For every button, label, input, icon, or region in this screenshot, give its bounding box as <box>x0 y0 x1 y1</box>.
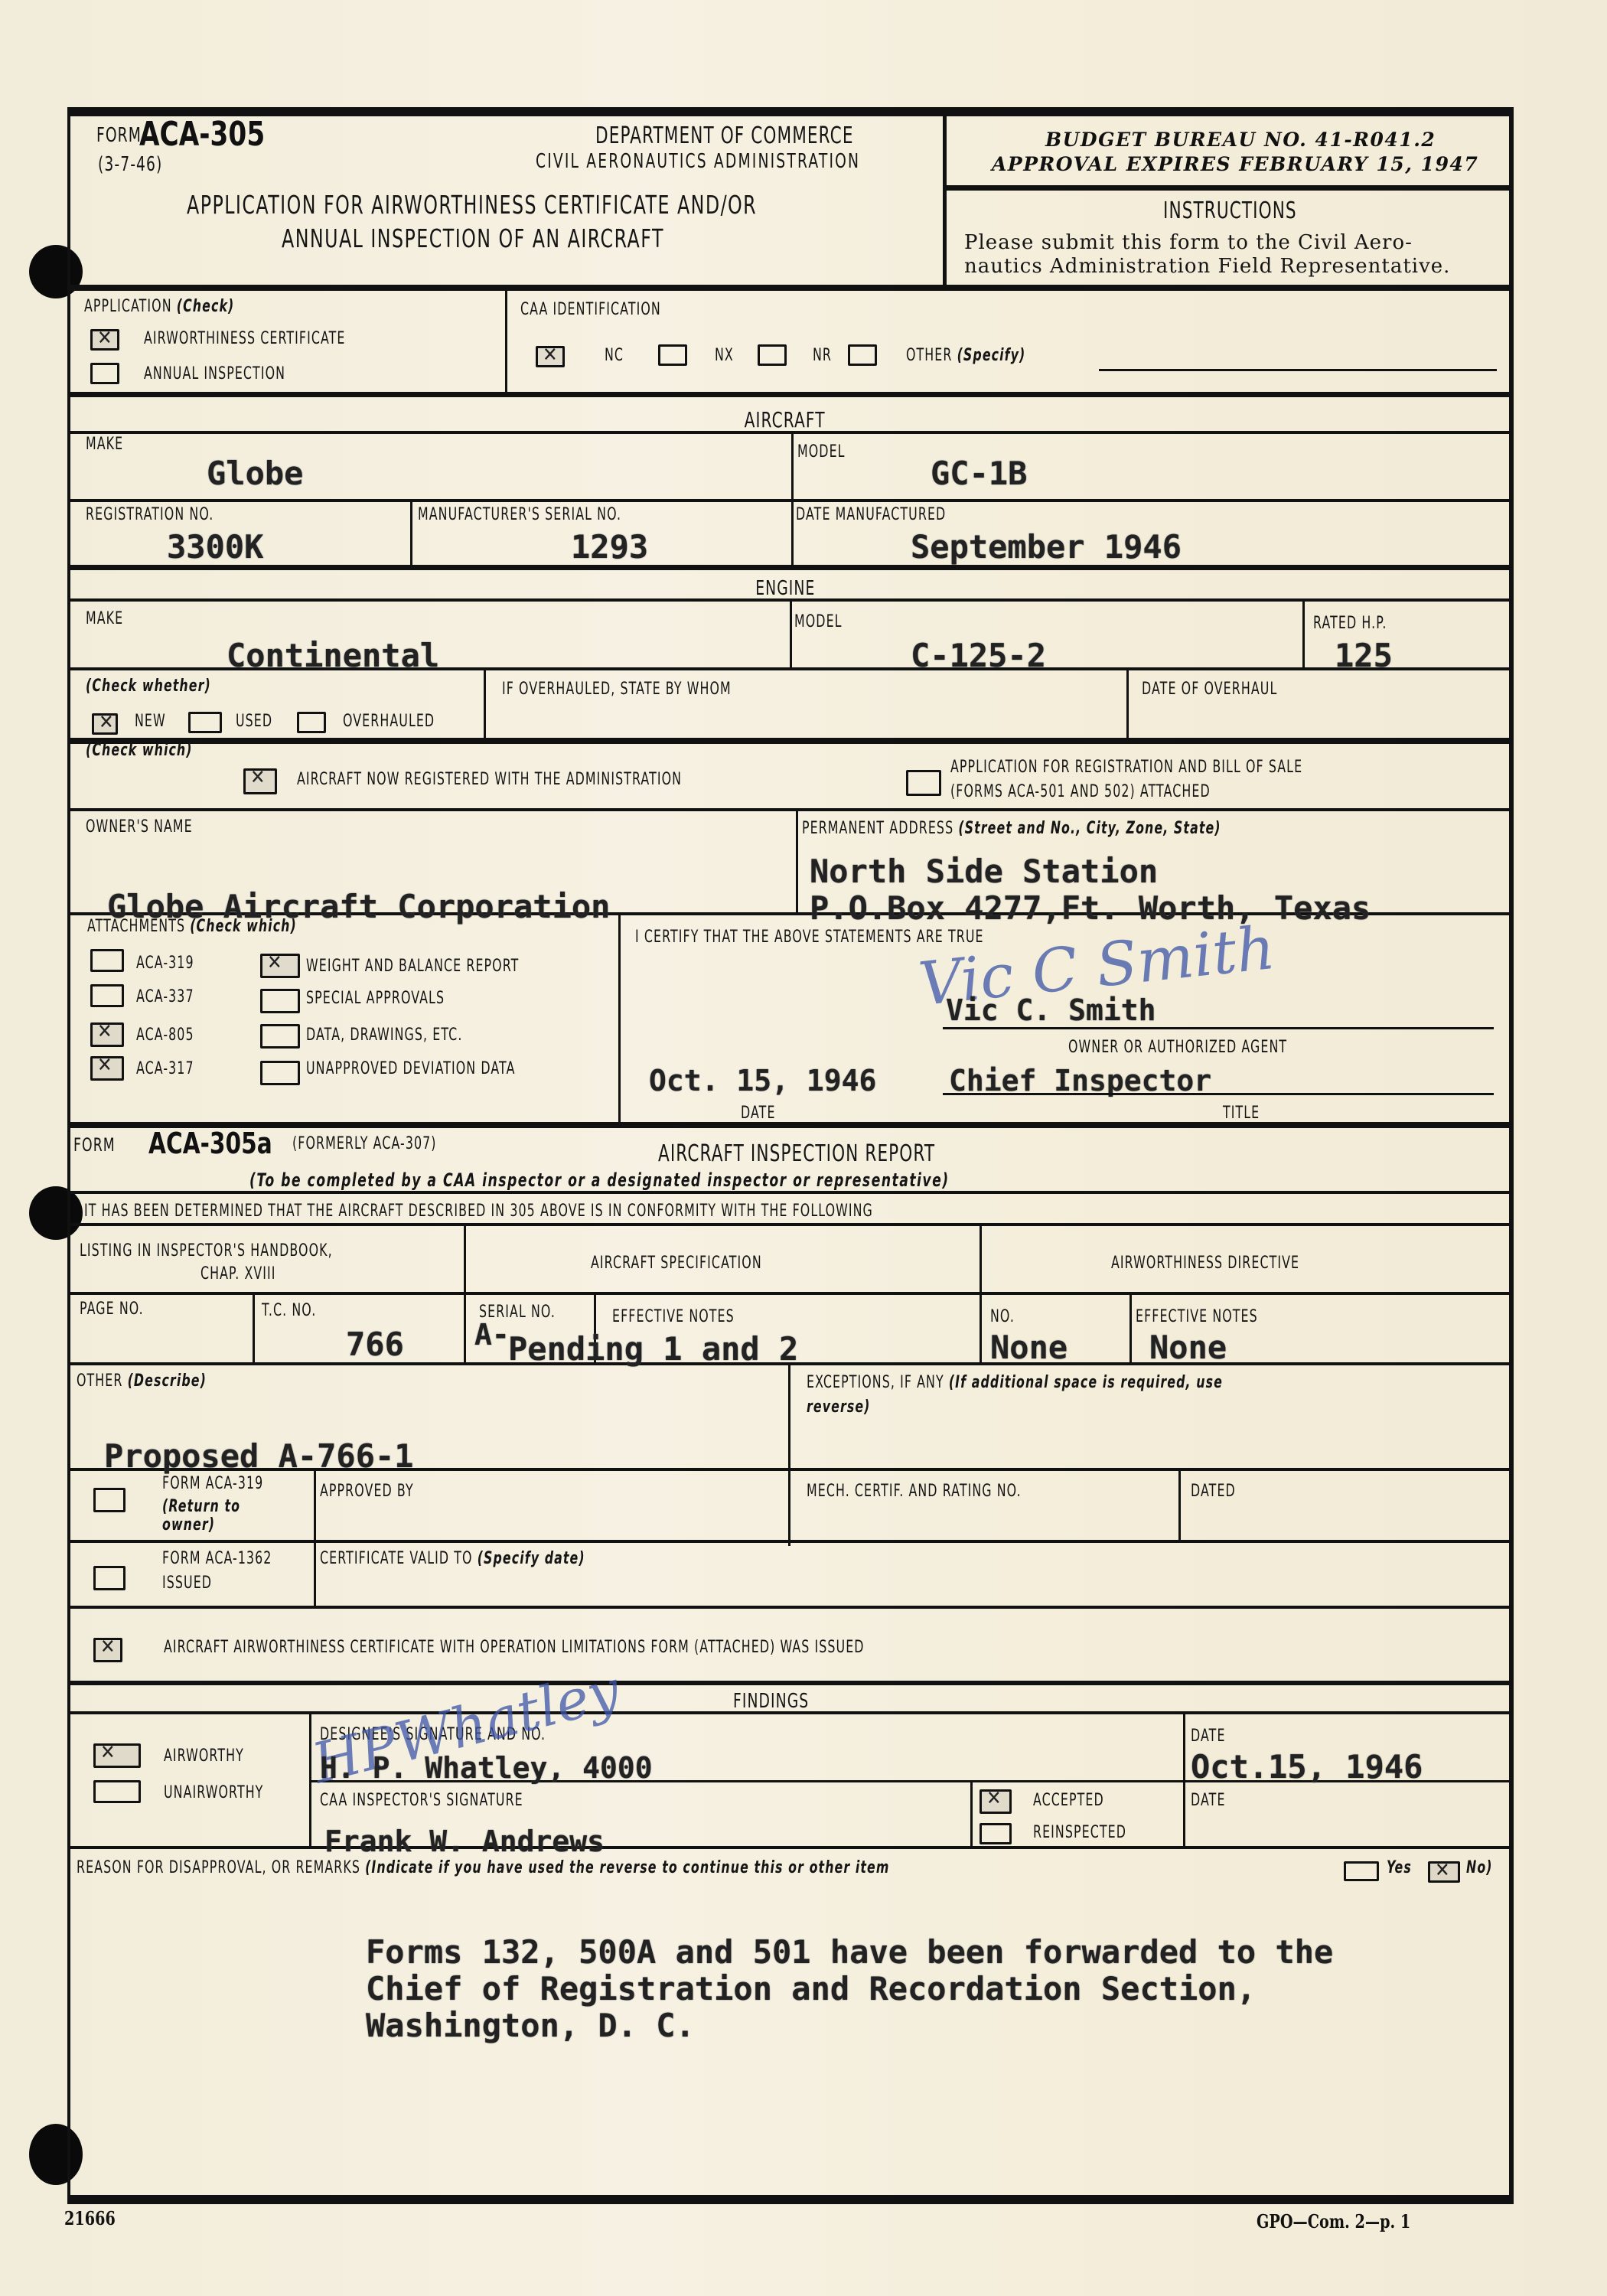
valid-to-hint: (Specify date) <box>478 1549 585 1568</box>
engine-model-label: MODEL <box>794 612 843 631</box>
valid-to-label: CERTIFICATE VALID TO (Specify date) <box>320 1549 585 1568</box>
spec-notes-label: EFFECTIVE NOTES <box>612 1307 735 1326</box>
rated-hp[interactable]: 125 <box>1335 637 1393 674</box>
form-aca-319-hint: (Return to <box>162 1497 240 1516</box>
checkbox-special-approvals[interactable] <box>260 989 300 1013</box>
divider <box>505 289 507 393</box>
accepted-label: ACCEPTED <box>1033 1791 1104 1810</box>
inspection-form-number: ACA-305a <box>148 1127 272 1160</box>
checkbox-nc[interactable] <box>536 346 565 367</box>
budget-bureau-number: BUDGET BUREAU NO. 41-R041.2 <box>1045 129 1436 151</box>
checkbox-certificate-issued[interactable] <box>93 1638 122 1662</box>
address-label-text: PERMANENT ADDRESS <box>802 819 953 838</box>
instructions-line1: Please submit this form to the Civil Aer… <box>964 231 1413 254</box>
form-title-line2: ANNUAL INSPECTION OF AN AIRCRAFT <box>282 223 664 253</box>
divider <box>970 1782 973 1848</box>
divider <box>67 1681 1514 1685</box>
inspection-report-title: AIRCRAFT INSPECTION REPORT <box>658 1140 935 1167</box>
handbook-label-line2: CHAP. XVIII <box>200 1264 276 1283</box>
other-label-text: OTHER <box>77 1371 122 1391</box>
checkbox-unairworthy[interactable] <box>93 1780 141 1803</box>
attachment-unapproved-deviation: UNAPPROVED DEVIATION DATA <box>306 1059 515 1078</box>
option-nc: NC <box>605 346 624 365</box>
aircraft-model-label: MODEL <box>797 442 846 461</box>
option-annual-inspection: ANNUAL INSPECTION <box>144 364 285 383</box>
inspector-date-label: DATE <box>1191 1791 1226 1810</box>
checkbox-airworthiness-certificate[interactable] <box>90 329 119 351</box>
checkbox-aircraft-registered[interactable] <box>243 768 277 794</box>
serial-no[interactable]: A- <box>474 1318 510 1352</box>
checkbox-weight-balance[interactable] <box>260 954 300 978</box>
reverse-no-label: No) <box>1466 1858 1493 1877</box>
approved-by-label: APPROVED BY <box>320 1482 414 1501</box>
footer-form-code: 21666 <box>64 2207 116 2229</box>
divider <box>1126 669 1129 741</box>
exceptions-hint-2: reverse) <box>807 1397 870 1417</box>
inspection-subtitle-text: (To be completed by a CAA inspector or a… <box>249 1169 950 1191</box>
form-number: ACA-305 <box>139 115 265 154</box>
owner-name-label: OWNER'S NAME <box>86 817 193 837</box>
remarks-label: REASON FOR DISAPPROVAL, OR REMARKS (Indi… <box>77 1858 889 1877</box>
checkbox-reverse-yes[interactable] <box>1344 1861 1379 1881</box>
attachment-data-drawings: DATA, DRAWINGS, ETC. <box>306 1026 462 1045</box>
manufacturer-serial[interactable]: 1293 <box>571 528 648 566</box>
divider <box>943 113 947 288</box>
engine-make-label: MAKE <box>86 609 123 628</box>
overhaul-date-label: DATE OF OVERHAUL <box>1142 680 1277 699</box>
divider <box>67 808 1514 811</box>
attachment-aca-337: ACA-337 <box>136 987 194 1006</box>
spec-notes[interactable]: Pending 1 and 2 <box>508 1330 798 1368</box>
valid-to-label-text: CERTIFICATE VALID TO <box>320 1549 473 1568</box>
divider <box>796 810 798 914</box>
ad-notes[interactable]: None <box>1149 1329 1227 1366</box>
agent-label: OWNER OR AUTHORIZED AGENT <box>1068 1038 1287 1057</box>
inspector-label: CAA INSPECTOR'S SIGNATURE <box>320 1791 523 1810</box>
attachments-hint: (Check which) <box>190 917 297 936</box>
checkbox-form-aca-319[interactable] <box>93 1488 125 1512</box>
divider <box>67 392 1514 397</box>
checkbox-registration-application[interactable] <box>906 770 941 796</box>
serial-label: MANUFACTURER'S SERIAL NO. <box>418 505 621 524</box>
inspection-form-label: FORM <box>73 1134 116 1156</box>
date-label: DATE <box>741 1104 776 1123</box>
engine-check-label: (Check whether) <box>86 677 211 696</box>
ad-notes-label: EFFECTIVE NOTES <box>1136 1307 1258 1326</box>
department: DEPARTMENT OF COMMERCE <box>595 122 854 149</box>
remarks-label-text: REASON FOR DISAPPROVAL, OR REMARKS <box>77 1858 360 1877</box>
option-engine-new: NEW <box>135 712 166 731</box>
form-title-line1: APPLICATION FOR AIRWORTHINESS CERTIFICAT… <box>187 190 757 220</box>
tc-no-label: T.C. NO. <box>262 1301 316 1320</box>
checkbox-engine-new[interactable] <box>92 713 118 735</box>
checkbox-nx[interactable] <box>658 344 687 366</box>
registration-number[interactable]: 3300K <box>167 528 263 566</box>
engine-model[interactable]: C-125-2 <box>911 637 1046 674</box>
form-aca-1362-line2: ISSUED <box>162 1574 212 1593</box>
attachment-aca-805: ACA-805 <box>136 1026 194 1045</box>
divider <box>253 1293 255 1365</box>
option-engine-overhauled: OVERHAULED <box>343 712 435 731</box>
option-airworthiness-certificate: AIRWORTHINESS CERTIFICATE <box>144 329 346 348</box>
divider <box>67 1540 1514 1543</box>
application-hint: (Check) <box>177 297 235 316</box>
attachment-special-approvals: SPECIAL APPROVALS <box>306 989 445 1008</box>
handbook-label-line1: LISTING IN INSPECTOR'S HANDBOOK, <box>80 1241 333 1261</box>
designee-date[interactable]: Oct.15, 1946 <box>1191 1748 1423 1786</box>
form-label: FORM <box>96 124 142 147</box>
dated-label: DATED <box>1191 1482 1236 1501</box>
designee-name[interactable]: H. P. Whatley, 4000 <box>320 1751 653 1785</box>
address-label: PERMANENT ADDRESS (Street and No., City,… <box>802 819 1221 838</box>
form-aca-319-hint-2: owner) <box>162 1515 215 1534</box>
registration-label: REGISTRATION NO. <box>86 505 214 524</box>
divider <box>67 285 1514 291</box>
instructions-title: INSTRUCTIONS <box>1163 197 1297 224</box>
attachments-label-text: ATTACHMENTS <box>87 917 185 936</box>
divider <box>67 1191 1514 1194</box>
divider <box>980 1225 982 1365</box>
divider <box>67 1292 1514 1295</box>
certificate-issued-label: AIRCRAFT AIRWORTHINESS CERTIFICATE WITH … <box>164 1638 865 1657</box>
ad-no[interactable]: None <box>990 1329 1068 1366</box>
option-registration-application-line1: APPLICATION FOR REGISTRATION AND BILL OF… <box>950 758 1302 777</box>
reverse-no-text: No) <box>1466 1858 1493 1877</box>
address-line2[interactable]: P.O.Box 4277,Ft. Worth, Texas <box>810 889 1371 927</box>
divider <box>1178 1469 1181 1541</box>
unairworthy-label: UNAIRWORTHY <box>164 1783 263 1802</box>
overhauled-by-label: IF OVERHAULED, STATE BY WHOM <box>502 680 732 699</box>
instructions-line2: nautics Administration Field Representat… <box>964 255 1450 278</box>
remarks-line2[interactable]: Chief of Registration and Recordation Se… <box>366 1970 1256 2008</box>
checkbox-aca-317[interactable] <box>90 1056 124 1081</box>
divider <box>67 1606 1514 1609</box>
checkbox-engine-overhauled[interactable] <box>297 712 326 733</box>
agent-name[interactable]: Vic C. Smith <box>946 993 1156 1027</box>
divider <box>67 738 1514 744</box>
option-registration-application-line2: (FORMS ACA-501 AND 502) ATTACHED <box>950 782 1211 801</box>
airworthiness-directive-label: AIRWORTHINESS DIRECTIVE <box>1111 1254 1299 1273</box>
exceptions-hint-line2: reverse) <box>807 1397 870 1417</box>
exceptions-label: EXCEPTIONS, IF ANY (If additional space … <box>807 1373 1223 1392</box>
registration-check-label: (Check which) <box>86 741 193 760</box>
certify-statement: I CERTIFY THAT THE ABOVE STATEMENTS ARE … <box>635 928 984 947</box>
reverse-yes-label: Yes <box>1387 1858 1412 1877</box>
divider <box>788 1364 790 1546</box>
option-engine-used: USED <box>236 712 272 731</box>
checkbox-data-drawings[interactable] <box>260 1024 300 1049</box>
tc-no[interactable]: 766 <box>346 1326 404 1363</box>
inspection-formerly: (FORMERLY ACA-307) <box>292 1134 437 1153</box>
divider <box>67 1122 1514 1128</box>
certification-date[interactable]: Oct. 15, 1946 <box>649 1064 876 1097</box>
divider <box>67 565 1514 570</box>
caa-identification-label: CAA IDENTIFICATION <box>520 300 661 319</box>
option-nr: NR <box>813 346 832 365</box>
divider <box>410 501 412 568</box>
engine-check-hint: (Check whether) <box>86 677 211 696</box>
date-manufactured[interactable]: September 1946 <box>911 528 1182 566</box>
checkbox-annual-inspection[interactable] <box>90 363 119 384</box>
aircraft-make[interactable]: Globe <box>207 455 303 492</box>
title-label: TITLE <box>1223 1104 1260 1123</box>
checkbox-aca-805[interactable] <box>90 1022 124 1047</box>
other-specify-field[interactable] <box>1099 369 1497 371</box>
divider <box>943 185 1514 191</box>
divider <box>67 1711 1514 1714</box>
findings-title: FINDINGS <box>733 1690 809 1713</box>
agent-signature-line <box>943 1027 1494 1029</box>
page-no-label: PAGE NO. <box>80 1300 144 1319</box>
divider <box>790 600 792 669</box>
checkbox-reinspected[interactable] <box>980 1823 1012 1844</box>
checkbox-accepted[interactable] <box>980 1789 1012 1814</box>
footer-printer: GPO—Com. 2—p. 1 <box>1257 2210 1410 2232</box>
option-other-hint: (Specify) <box>957 346 1026 365</box>
remarks-hint: (Indicate if you have used the reverse t… <box>365 1858 889 1877</box>
address-hint: (Street and No., City, Zone, State) <box>958 819 1221 838</box>
remarks-line3[interactable]: Washington, D. C. <box>366 2007 695 2045</box>
attachment-weight-balance: WEIGHT AND BALANCE REPORT <box>306 957 519 976</box>
reinspected-label: REINSPECTED <box>1033 1823 1126 1842</box>
attachment-aca-319: ACA-319 <box>136 954 194 973</box>
other-label: OTHER (Describe) <box>77 1371 207 1391</box>
approval-expiry: APPROVAL EXPIRES FEBRUARY 15, 1947 <box>992 153 1478 175</box>
attachment-aca-317: ACA-317 <box>136 1059 194 1078</box>
form-aca-1362-line1: FORM ACA-1362 <box>162 1549 272 1568</box>
other-description[interactable]: Proposed A-766-1 <box>104 1437 414 1475</box>
divider <box>464 1225 466 1365</box>
rated-hp-label: RATED H.P. <box>1313 614 1387 633</box>
checkbox-aca-337[interactable] <box>90 984 124 1007</box>
divider <box>67 1846 1514 1849</box>
checkbox-airworthy[interactable] <box>93 1743 141 1768</box>
engine-make[interactable]: Continental <box>227 637 439 674</box>
form-date: (3-7-46) <box>98 153 162 176</box>
divider <box>484 669 486 741</box>
divider <box>67 499 1514 502</box>
aircraft-make-label: MAKE <box>86 435 123 454</box>
inspection-report-subtitle: (To be completed by a CAA inspector or a… <box>249 1169 950 1191</box>
form-aca-319-line3: owner) <box>162 1515 215 1534</box>
divider <box>67 431 1514 434</box>
checkbox-unapproved-deviation[interactable] <box>260 1061 300 1085</box>
form-aca-319-line1: FORM ACA-319 <box>162 1474 263 1493</box>
address-line1[interactable]: North Side Station <box>810 853 1158 890</box>
conformity-statement: IT HAS BEEN DETERMINED THAT THE AIRCRAFT… <box>84 1202 873 1221</box>
divider <box>1302 600 1305 669</box>
airworthy-label: AIRWORTHY <box>164 1746 244 1766</box>
option-nx: NX <box>715 346 734 365</box>
option-other: OTHER (Specify) <box>906 346 1025 365</box>
inspector-name[interactable]: Frank W. Andrews <box>324 1825 605 1858</box>
divider <box>314 1469 316 1609</box>
aircraft-model[interactable]: GC-1B <box>931 455 1027 492</box>
checkbox-reverse-no[interactable] <box>1428 1861 1460 1883</box>
application-label-text: APPLICATION <box>84 297 172 316</box>
attachments-label: ATTACHMENTS (Check which) <box>87 917 297 936</box>
divider <box>1129 1293 1132 1365</box>
other-hint: (Describe) <box>128 1371 207 1391</box>
divider <box>618 914 621 1125</box>
registration-check-hint: (Check which) <box>86 741 193 760</box>
reverse-yes-text: Yes <box>1387 1858 1412 1877</box>
application-label: APPLICATION (Check) <box>84 297 234 316</box>
aircraft-section-title: AIRCRAFT <box>745 407 826 432</box>
option-other-text: OTHER <box>906 346 952 365</box>
exceptions-hint: (If additional space is required, use <box>949 1373 1223 1392</box>
designee-date-label: DATE <box>1191 1727 1226 1746</box>
administration: CIVIL AERONAUTICS ADMINISTRATION <box>536 150 860 173</box>
date-manufactured-label: DATE MANUFACTURED <box>796 505 946 524</box>
title-line <box>943 1093 1494 1095</box>
ad-no-label: NO. <box>990 1307 1015 1326</box>
checkbox-engine-used[interactable] <box>188 712 222 733</box>
remarks-line1[interactable]: Forms 132, 500A and 501 have been forwar… <box>366 1933 1333 1971</box>
option-aircraft-registered: AIRCRAFT NOW REGISTERED WITH THE ADMINIS… <box>297 770 682 789</box>
divider <box>67 1223 1514 1226</box>
exceptions-label-text: EXCEPTIONS, IF ANY <box>807 1373 944 1392</box>
mech-cert-label: MECH. CERTIF. AND RATING NO. <box>807 1482 1022 1501</box>
checkbox-form-aca-1362[interactable] <box>93 1566 125 1590</box>
checkbox-aca-319[interactable] <box>90 949 124 972</box>
checkbox-other[interactable] <box>848 344 877 366</box>
checkbox-nr[interactable] <box>758 344 787 366</box>
aircraft-specification-label: AIRCRAFT SPECIFICATION <box>591 1254 762 1273</box>
form-aca-319-line2: (Return to <box>162 1497 240 1516</box>
engine-section-title: ENGINE <box>755 577 815 600</box>
form-page: FORM ACA-305 (3-7-46) DEPARTMENT OF COMM… <box>0 0 1607 2296</box>
